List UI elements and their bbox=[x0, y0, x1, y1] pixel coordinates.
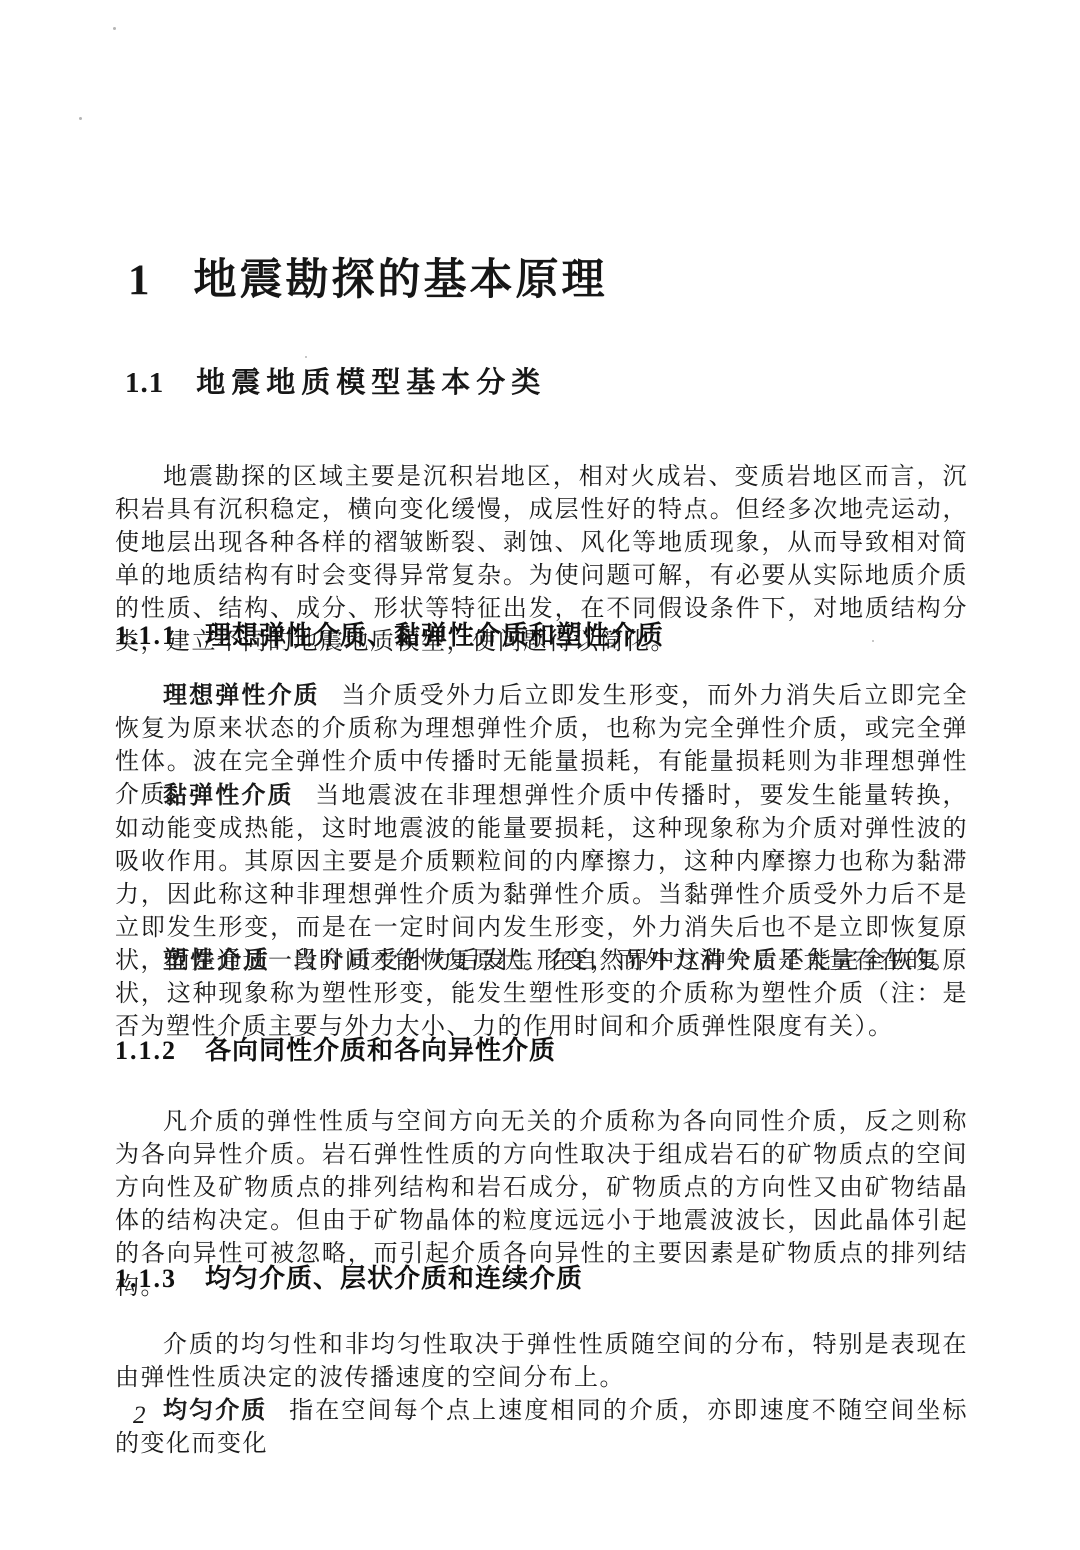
paragraph-term: 塑性介质 bbox=[163, 948, 271, 974]
paragraph: 介质的均匀性和非均匀性取决于弹性性质随空间的分布，特别是表现在由弹性性质决定的波… bbox=[115, 1329, 968, 1395]
chapter-heading: 1地震勘探的基本原理 bbox=[128, 246, 608, 307]
scan-speck bbox=[113, 27, 116, 30]
paragraph: 均匀介质指在空间每个点上速度相同的介质，亦即速度不随空间坐标的变化而变化 bbox=[115, 1395, 968, 1461]
paragraph-term: 均匀介质 bbox=[163, 1398, 268, 1424]
scanned-book-page: 1地震勘探的基本原理 1.1地震地质模型基本分类 地震勘探的区域主要是沉积岩地区… bbox=[0, 0, 1080, 1550]
subsection-heading-1-1-3: 1.1.3均匀介质、层状介质和连续介质 bbox=[115, 1258, 583, 1295]
paragraph-text: 介质的均匀性和非均匀性取决于弹性性质随空间的分布，特别是表现在由弹性性质决定的波… bbox=[115, 1332, 968, 1391]
section-title: 地震地质模型基本分类 bbox=[196, 367, 546, 399]
chapter-number: 1 bbox=[128, 257, 150, 304]
subsection-title: 均匀介质、层状介质和连续介质 bbox=[205, 1263, 583, 1293]
subsection-number: 1.1.1 bbox=[115, 621, 177, 650]
section-number: 1.1 bbox=[125, 367, 164, 399]
subsection-title: 各向同性介质和各向异性介质 bbox=[205, 1035, 556, 1065]
paragraph-term: 黏弹性介质 bbox=[163, 783, 294, 809]
subsection-heading-1-1-1: 1.1.1理想弹性介质、黏弹性介质和塑性介质 bbox=[115, 615, 664, 652]
subsection-title: 理想弹性介质、黏弹性介质和塑性介质 bbox=[205, 620, 664, 650]
chapter-title: 地震勘探的基本原理 bbox=[194, 257, 608, 304]
scan-speck bbox=[305, 356, 307, 358]
scan-speck bbox=[79, 117, 82, 120]
section-heading: 1.1地震地质模型基本分类 bbox=[125, 360, 546, 401]
paragraph-term: 理想弹性介质 bbox=[163, 683, 320, 709]
page-number: 2 bbox=[133, 1402, 146, 1430]
subsection-number: 1.1.2 bbox=[115, 1036, 177, 1065]
subsection-number: 1.1.3 bbox=[115, 1264, 177, 1293]
subsection-heading-1-1-2: 1.1.2各向同性介质和各向异性介质 bbox=[115, 1030, 556, 1067]
